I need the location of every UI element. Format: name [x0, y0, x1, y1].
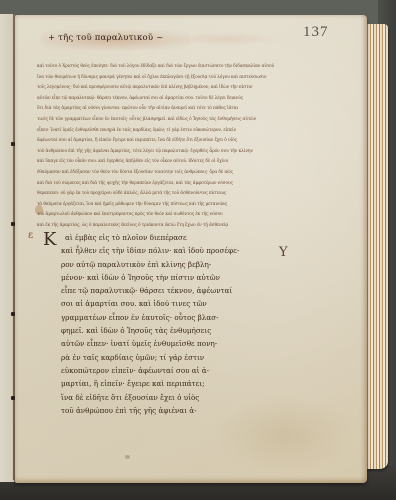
- headpiece-offset-ghost: [170, 32, 280, 46]
- scholia-line: τὰ θαύματα ἐργάζεται, ἵνα καὶ ἡμεῖς μάθω…: [37, 200, 312, 211]
- scholia-line: τοῦ ἁμαρτωλοῦ ἀνθρώπου καὶ ἐπιστρέψαντος…: [37, 210, 312, 221]
- scholia-line: ἐθαύμασαν καὶ ἐδόξασαν τὸν θεὸν τὸν δόντ…: [37, 168, 312, 179]
- scholia-line: τοῦ ἀνθρώπου ἐπὶ τῆς γῆς ἀφιέναι ἁμαρτία…: [37, 147, 312, 158]
- scholia-line: ἵνα τῶν θαυμάτων ἡ δύναμις φανερὰ γένητα…: [37, 73, 312, 84]
- main-text-line: εὐκοπώτερον εἰπεῖν· ἀφέωνταί σου αἱ ἁ-: [61, 364, 271, 377]
- binding-stitch: [11, 312, 15, 316]
- scholia-line: θεραπεύει· οὐ γὰρ ἐκ τοῦ προχείρου οὐδὲ …: [37, 189, 312, 200]
- main-text-line: φημεῖ. καὶ ἰδὼν ὁ Ἰησοῦς τὰς ἐνθυμήσεις: [61, 324, 271, 337]
- headpiece-title: + τῆς τοῦ παραλυτικοῦ ~: [48, 33, 163, 43]
- main-text-line: εἶπε τῷ παραλυτικῷ· θάρσει τέκνον, ἀφέων…: [61, 284, 271, 297]
- main-text-line: ἵνα δὲ εἰδῆτε ὅτι ἐξουσίαν ἔχει ὁ υἱὸς: [61, 391, 271, 404]
- stain-spot: [125, 455, 130, 459]
- scholia-line: καὶ ἐκ τῆς ἁμαρτίας, ὡς ὁ παραλυτικὸς ἐκ…: [37, 221, 312, 232]
- scholia-line: τοῖς λεγομένοις· διὸ καὶ προσφέρουσιν αὐ…: [37, 83, 312, 94]
- main-text-line: μένον· καὶ ἰδὼν ὁ Ἰησοῦς τὴν πίστιν αὐτῶ…: [61, 271, 271, 284]
- scholia-line: τινὲς δὲ τῶν γραμματέων εἶπον ἐν ἑαυτοῖς…: [37, 115, 312, 126]
- main-text-line: γραμματέων εἶπον ἐν ἑαυτοῖς· οὗτος βλασ-: [61, 311, 271, 324]
- scholia-line: εἶπεν· ἵνατί ὑμεῖς ἐνθυμεῖσθε πονηρὰ ἐν …: [37, 126, 312, 137]
- binding-stitch: [11, 396, 15, 400]
- scholia-line: καὶ διὰ τοῦ σώματος καὶ διὰ τῆς ψυχῆς τὴ…: [37, 179, 312, 190]
- scholia-line: αὐτῶν εἶπε τῷ παραλυτικῷ· θάρσει τέκνον,…: [37, 94, 312, 105]
- margin-letter: Υ: [279, 245, 288, 260]
- scholia-line: καὶ τοῦτο ὁ Χριστὸς θεὸς ἐποίησε· διὰ το…: [37, 62, 312, 73]
- main-text-line: τοῦ ἀνθρώπου ἐπὶ τῆς γῆς ἀφιέναι ἁ-: [61, 404, 271, 417]
- folio-number: 137: [303, 24, 329, 41]
- margin-mark: ε: [28, 230, 33, 241]
- binding-stitch: [11, 222, 15, 226]
- main-text-line: ρὰ ἐν ταῖς καρδίαις ὑμῶν; τί γάρ ἐστιν: [61, 351, 271, 364]
- main-text-line: αὶ ἐμβὰς εἰς τὸ πλοῖον διεπέρασε: [61, 231, 271, 244]
- main-text-line: αὐτῶν εἶπεν· ἱνατί ὑμεῖς ἐνθυμεῖσθε πονη…: [61, 337, 271, 350]
- main-text-line: καὶ ἦλθεν εἰς τὴν ἰδίαν πόλιν· καὶ ἰδοὺ …: [61, 244, 271, 257]
- scholia-line: ὅτι διὰ τὰς ἁμαρτίας αἱ νόσοι γίνονται· …: [37, 104, 312, 115]
- main-text-block: αὶ ἐμβὰς εἰς τὸ πλοῖον διεπέρασε καὶ ἦλθ…: [61, 231, 271, 417]
- main-text-line: μαρτίαι, ἢ εἰπεῖν· ἔγειρε καὶ περιπάτει;: [61, 377, 271, 390]
- main-text-line: σοι αἱ ἁμαρτίαι σου. καὶ ἰδού τινες τῶν: [61, 297, 271, 310]
- initial-letter: Κ: [43, 229, 56, 250]
- scholia-commentary-block: καὶ τοῦτο ὁ Χριστὸς θεὸς ἐποίησε· διὰ το…: [37, 62, 312, 232]
- scholia-line: ἀφέωνταί σου αἱ ἁμαρτίαι, ἢ εἰπεῖν ἔγειρ…: [37, 136, 312, 147]
- gutter-binding: [13, 14, 15, 480]
- scholia-line: καὶ ὕπαγε εἰς τὸν οἶκόν σου. καὶ ἐγερθεὶ…: [37, 157, 312, 168]
- binding-stitch: [11, 142, 15, 146]
- main-text-line: ρον αὐτῷ παραλυτικὸν ἐπὶ κλίνης βεβλη-: [61, 258, 271, 271]
